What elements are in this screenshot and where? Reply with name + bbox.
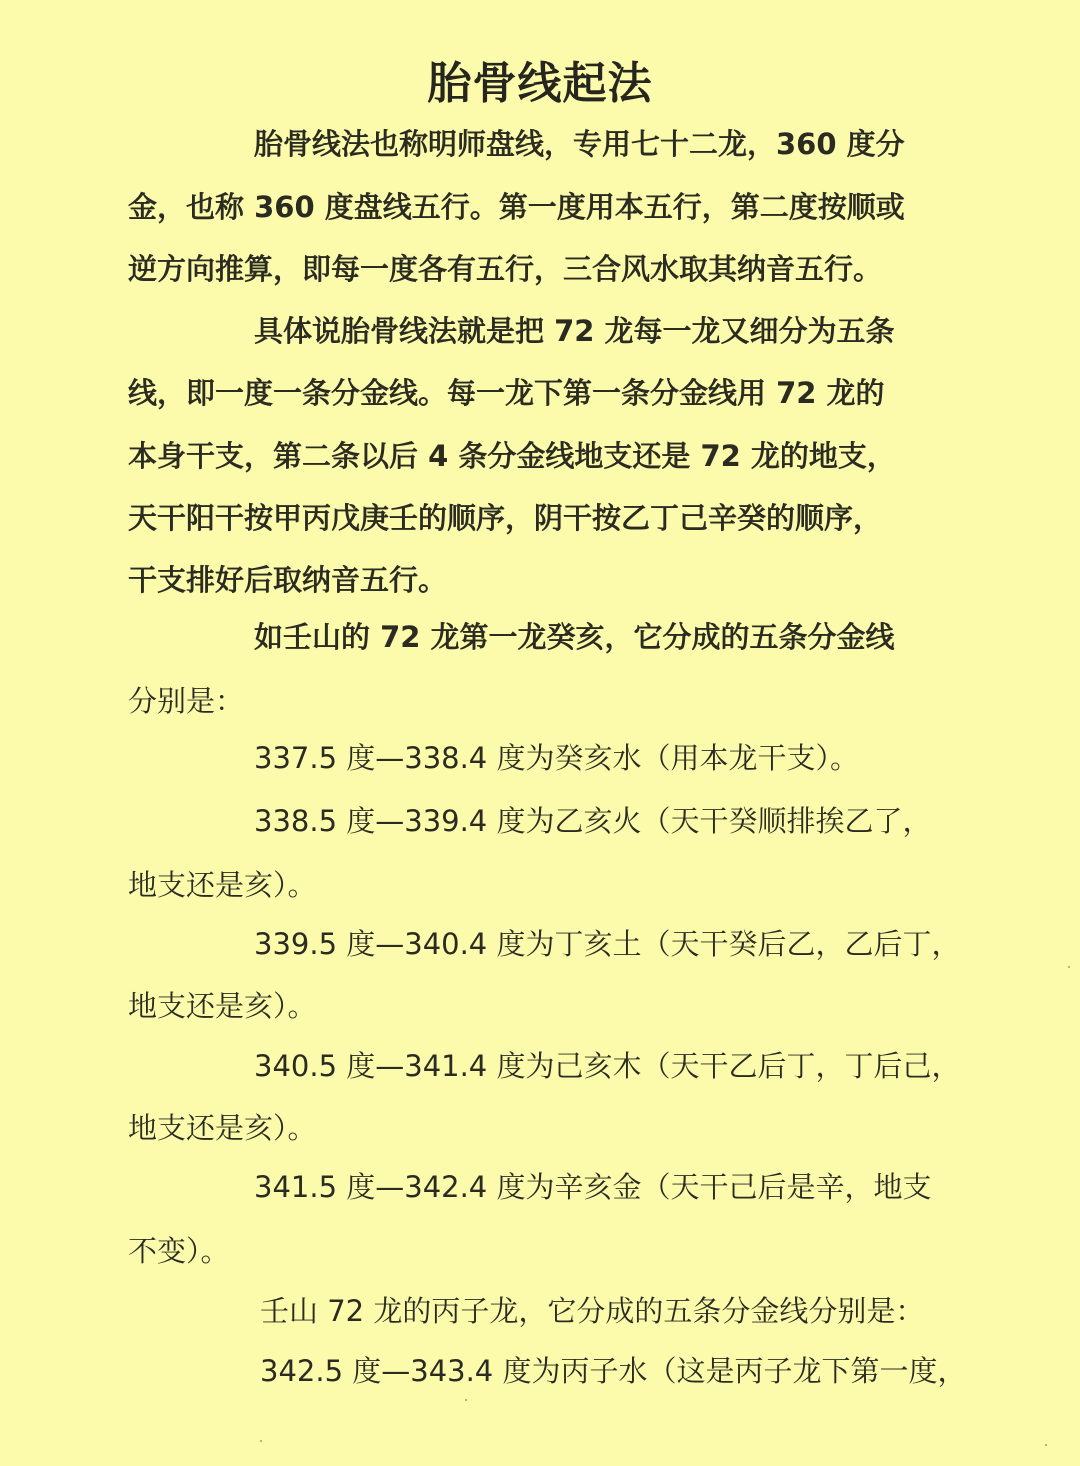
degree-line-3: 339.5 度—340.4 度为丁亥土（天干癸后乙，乙后丁，: [254, 924, 960, 964]
degree-line-2: 338.5 度—339.4 度为乙亥火（天干癸顺排挨乙了，: [254, 801, 931, 841]
degree-line-6: 342.5 度—343.4 度为丙子水（这是丙子龙下第一度，: [260, 1351, 966, 1391]
degree-line-4-cont: 地支还是亥）。: [128, 1108, 317, 1148]
paragraph-4-line-1: 壬山 72 龙的丙子龙，它分成的五条分金线分别是：: [260, 1291, 924, 1331]
degree-line-5-cont: 不变）。: [128, 1231, 230, 1271]
scan-speck: [260, 1440, 262, 1442]
degree-line-1: 337.5 度—338.4 度为癸亥水（用本龙干支）。: [254, 738, 859, 778]
paragraph-3-line-2: 分别是：: [128, 681, 244, 721]
paragraph-3-line-1: 如壬山的 72 龙第一龙癸亥，它分成的五条分金线: [254, 617, 895, 657]
scan-speck: [1045, 1444, 1047, 1446]
paragraph-1-line-1: 胎骨线法也称明师盘线，专用七十二龙，360 度分: [254, 124, 905, 164]
scan-speck: [1068, 966, 1070, 968]
document-page: 胎骨线起法 胎骨线法也称明师盘线，专用七十二龙，360 度分 金，也称 360 …: [0, 0, 1080, 1466]
paragraph-1-line-2: 金，也称 360 度盘线五行。第一度用本五行，第二度按顺或: [128, 187, 905, 227]
paragraph-2-line-4: 天干阳干按甲丙戊庚壬的顺序，阴干按乙丁己辛癸的顺序，: [128, 498, 882, 538]
degree-line-4: 340.5 度—341.4 度为己亥木（天干乙后丁，丁后己，: [254, 1046, 960, 1086]
paragraph-2-line-5: 干支排好后取纳音五行。: [128, 560, 447, 600]
paragraph-2-line-1: 具体说胎骨线法就是把 72 龙每一龙又细分为五条: [254, 311, 895, 351]
degree-line-5: 341.5 度—342.4 度为辛亥金（天干己后是辛，地支: [254, 1167, 931, 1207]
paragraph-1-line-3: 逆方向推算，即每一度各有五行，三合风水取其纳音五行。: [128, 249, 882, 289]
paragraph-2-line-3: 本身干支，第二条以后 4 条分金线地支还是 72 龙的地支，: [128, 436, 896, 476]
degree-line-3-cont: 地支还是亥）。: [128, 986, 317, 1026]
paragraph-2-line-2: 线，即一度一条分金线。每一龙下第一条分金线用 72 龙的: [128, 373, 885, 413]
scan-speck: [465, 1399, 467, 1401]
document-title: 胎骨线起法: [0, 52, 1080, 116]
degree-line-2-cont: 地支还是亥）。: [128, 865, 317, 905]
